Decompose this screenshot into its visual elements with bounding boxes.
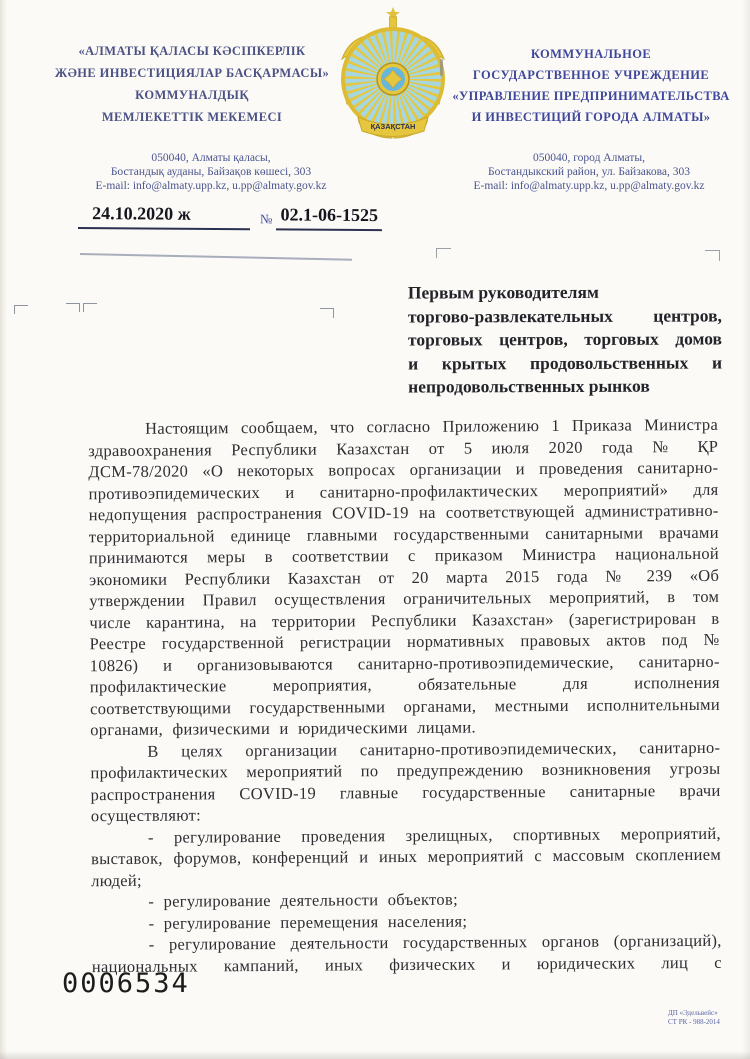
address-russian-line: Бостандыкский район, ул. Байзакова, 303 xyxy=(438,165,740,179)
org-name-kazakh-line: ЖӘНЕ ИНВЕСТИЦИЯЛАР БАСҚАРМАСЫ» xyxy=(42,62,342,84)
org-name-russian-line: «УПРАВЛЕНИЕ ПРЕДПРИНИМАТЕЛЬСТВА xyxy=(445,86,737,107)
doc-number: 02.1-06-1525 xyxy=(276,204,382,231)
addressee-line: торгово-развлекательных центров, xyxy=(408,304,722,329)
scan-artifact-dash xyxy=(440,59,443,76)
org-name-russian: КОММУНАЛЬНОЕ ГОСУДАРСТВЕННОЕ УЧРЕЖДЕНИЕ … xyxy=(445,44,737,128)
list-item: - регулирование проведения зрелищных, сп… xyxy=(91,822,721,891)
print-footer-note: ДП «Эдельвейс» СТ РК - 988-2014 xyxy=(668,1009,743,1027)
crop-mark xyxy=(436,248,451,258)
crop-mark xyxy=(83,303,97,312)
emblem-banner-text: ҚАЗАҚСТАН xyxy=(371,122,416,131)
crop-mark xyxy=(66,303,80,312)
body-paragraph: В целях организации санитарно-противоэпи… xyxy=(90,736,721,826)
org-name-russian-line: И ИНВЕСТИЦИЙ ГОРОДА АЛМАТЫ» xyxy=(445,107,737,128)
print-footer-line: ДП «Эдельвейс» xyxy=(668,1009,743,1018)
scan-edge-shadow-bottom xyxy=(0,1051,750,1059)
org-name-kazakh-line: КОММУНАЛДЫҚ xyxy=(42,84,342,106)
reference-line: 24.10.2020 ж № 02.1-06-1525 xyxy=(78,203,383,231)
stamp-number: 0006534 xyxy=(62,968,190,999)
address-russian-line: 050040, город Алматы, xyxy=(438,151,740,165)
kazakhstan-coat-of-arms-icon: ҚАЗАҚСТАН xyxy=(336,5,451,145)
doc-date: 24.10.2020 ж xyxy=(78,203,250,230)
addressee-block: Первым руководителям торгово-развлекател… xyxy=(408,280,722,399)
scan-artifact-line xyxy=(80,253,352,261)
body-paragraph: Настоящим сообщаем, что согласно Приложе… xyxy=(88,414,720,741)
org-name-russian-line: ГОСУДАРСТВЕННОЕ УЧРЕЖДЕНИЕ xyxy=(445,65,737,86)
address-kazakh-line: E-mail: info@almaty.upp.kz, u.pp@almaty.… xyxy=(55,179,367,193)
org-name-russian-line: КОММУНАЛЬНОЕ xyxy=(445,44,737,65)
letter-body: Настоящим сообщаем, что согласно Приложе… xyxy=(88,414,722,977)
addressee-line: и крытых продовольственных и xyxy=(408,351,722,376)
crop-mark xyxy=(14,305,28,314)
crop-mark xyxy=(320,308,334,318)
crop-mark xyxy=(705,250,720,261)
addressee-line: торговых центров, торговых домов xyxy=(408,327,722,352)
print-footer-line: СТ РК - 988-2014 xyxy=(668,1018,743,1027)
addressee-line: Первым руководителям xyxy=(408,280,722,305)
address-kazakh-line: Бостандық ауданы, Байзақов көшесі, 303 xyxy=(55,165,367,179)
org-name-kazakh-line: «АЛМАТЫ ҚАЛАСЫ КӘСІПКЕРЛІК xyxy=(42,40,342,62)
scan-edge-shadow-right xyxy=(742,0,750,1059)
scan-edge-shadow-left xyxy=(0,0,7,1059)
org-name-kazakh: «АЛМАТЫ ҚАЛАСЫ КӘСІПКЕРЛІК ЖӘНЕ ИНВЕСТИЦ… xyxy=(42,40,342,128)
address-kazakh-line: 050040, Алматы қаласы, xyxy=(55,151,367,165)
org-name-kazakh-line: МЕМЛЕКЕТТІК МЕКЕМЕСІ xyxy=(42,106,342,128)
address-russian-line: E-mail: info@almaty.upp.kz, u.pp@almaty.… xyxy=(438,179,740,193)
number-sign-label: № xyxy=(260,211,273,227)
shanyrak-icon xyxy=(377,63,409,95)
addressee-line: непродовольственных рынков xyxy=(408,374,722,399)
scanned-letter-page: «АЛМАТЫ ҚАЛАСЫ КӘСІПКЕРЛІК ЖӘНЕ ИНВЕСТИЦ… xyxy=(0,0,750,1059)
address-kazakh: 050040, Алматы қаласы, Бостандық ауданы,… xyxy=(55,151,367,193)
address-russian: 050040, город Алматы, Бостандыкский райо… xyxy=(438,151,740,193)
